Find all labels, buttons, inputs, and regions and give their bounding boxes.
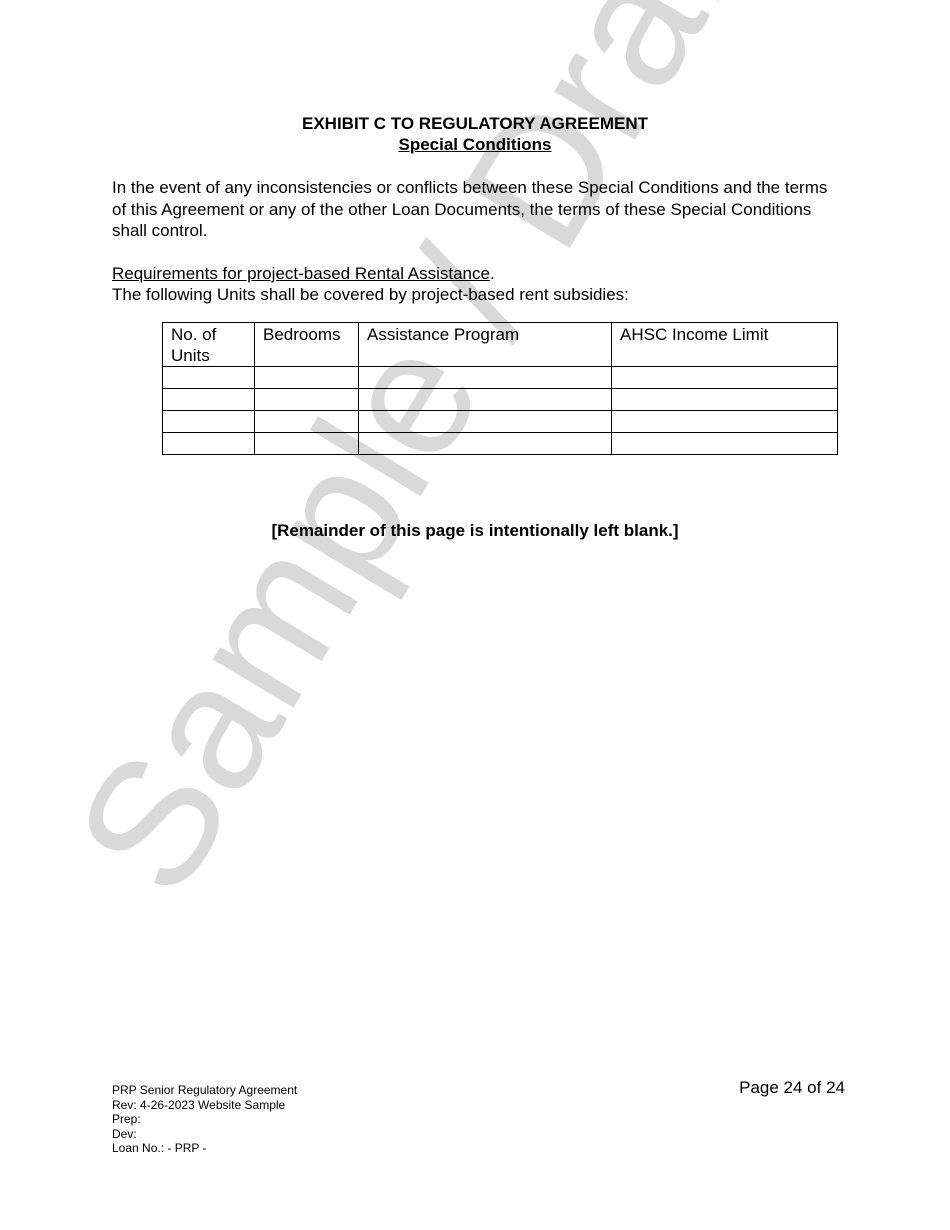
table-row (163, 433, 838, 455)
table-cell (612, 367, 838, 389)
table-cell (359, 389, 612, 411)
table-cell (612, 389, 838, 411)
blank-page-note: [Remainder of this page is intentionally… (0, 520, 950, 541)
table-cell (255, 411, 359, 433)
table-cell (163, 367, 255, 389)
rental-assistance-table: No. ofUnits Bedrooms Assistance Program … (162, 322, 838, 455)
footer-line: Prep: (112, 1112, 297, 1127)
table-cell (359, 367, 612, 389)
table-row (163, 411, 838, 433)
table-cell (255, 433, 359, 455)
exhibit-subtitle: Special Conditions (0, 134, 950, 155)
table-cell (163, 433, 255, 455)
footer-line: Rev: 4-26-2023 Website Sample (112, 1098, 297, 1113)
table-cell (359, 433, 612, 455)
table-cell (255, 389, 359, 411)
table-header-row: No. ofUnits Bedrooms Assistance Program … (163, 323, 838, 367)
table-cell (255, 367, 359, 389)
exhibit-title: EXHIBIT C TO REGULATORY AGREEMENT (0, 113, 950, 134)
footer-info: PRP Senior Regulatory Agreement Rev: 4-2… (112, 1083, 297, 1156)
requirements-description: The following Units shall be covered by … (112, 284, 629, 306)
column-header-units: No. ofUnits (163, 323, 255, 367)
intro-paragraph: In the event of any inconsistencies or c… (112, 177, 842, 242)
footer-line: PRP Senior Regulatory Agreement (112, 1083, 297, 1098)
column-header-income-limit: AHSC Income Limit (612, 323, 838, 367)
footer-line: Dev: (112, 1127, 297, 1142)
table-cell (359, 411, 612, 433)
column-header-assistance-program: Assistance Program (359, 323, 612, 367)
footer-line: Loan No.: - PRP - (112, 1141, 297, 1156)
table-cell (612, 433, 838, 455)
requirements-heading: Requirements for project-based Rental As… (112, 263, 495, 285)
page-number: Page 24 of 24 (739, 1077, 845, 1098)
table-cell (163, 411, 255, 433)
table-cell (612, 411, 838, 433)
table-row (163, 389, 838, 411)
document-page: EXHIBIT C TO REGULATORY AGREEMENT Specia… (0, 0, 950, 1230)
column-header-bedrooms: Bedrooms (255, 323, 359, 367)
table-row (163, 367, 838, 389)
table-cell (163, 389, 255, 411)
